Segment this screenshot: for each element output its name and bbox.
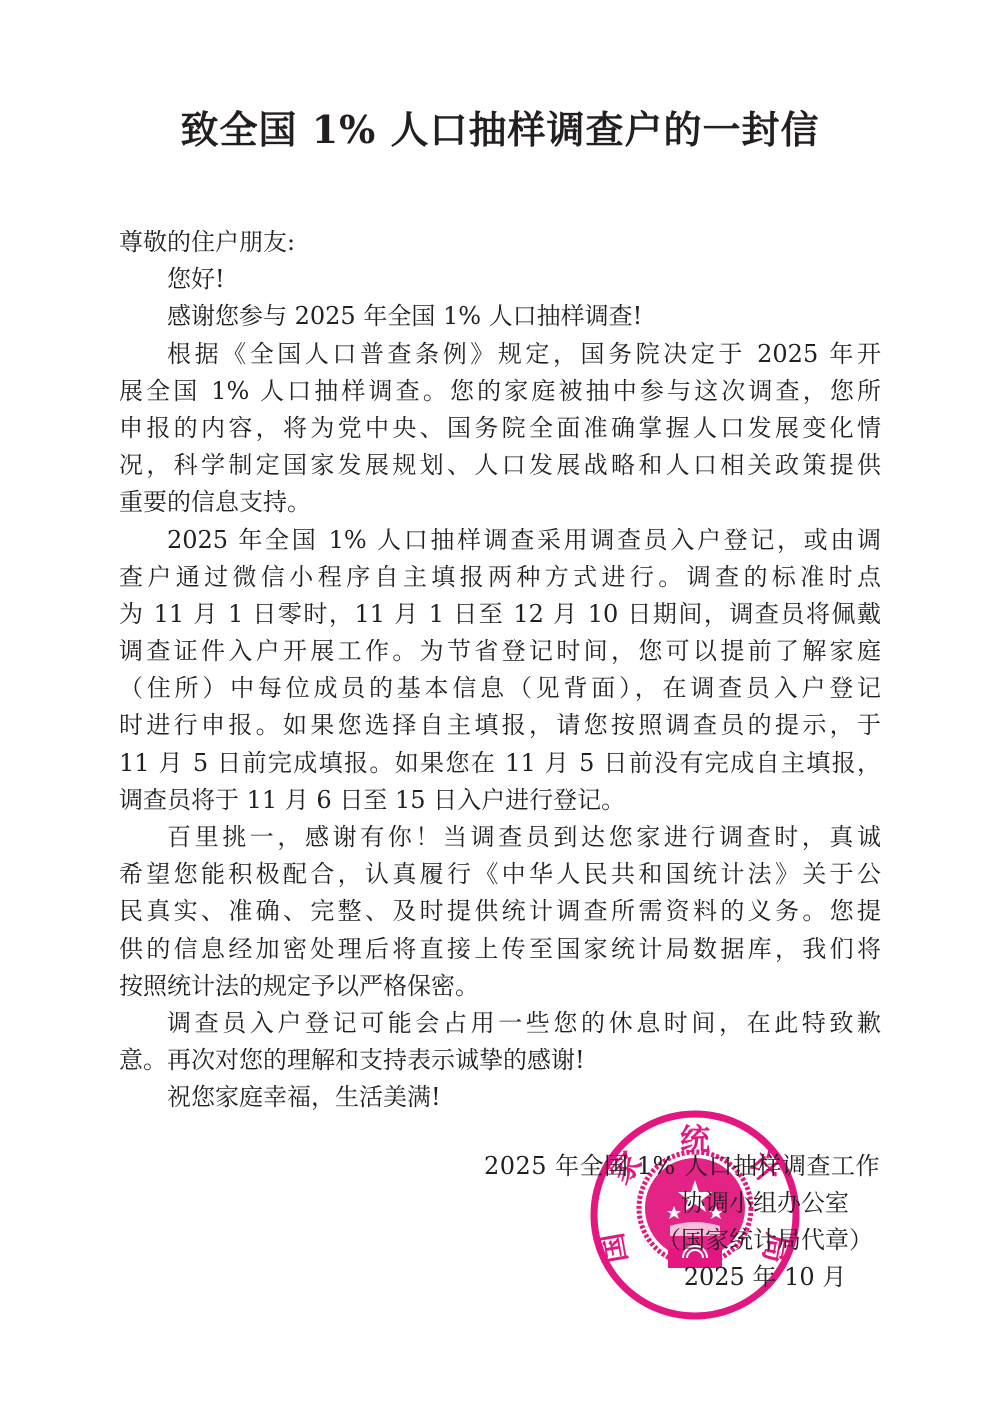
signature-org-line2: 协调小组办公室	[470, 1185, 880, 1222]
paragraph-line: （住所）中每位成员的基本信息（见背面），在调查员入户登记	[119, 670, 881, 707]
paragraph-line: 调查员入户登记可能会占用一些您的休息时间，在此特致歉	[119, 1005, 881, 1042]
paragraph-line: 按照统计法的规定予以严格保密。	[119, 968, 881, 1005]
paragraph-line: 11 月 5 日前完成填报。如果您在 11 月 5 日前没有完成自主填报，	[119, 745, 881, 782]
paragraph-line: 调查证件入户开展工作。为节省登记时间，您可以提前了解家庭	[119, 633, 881, 670]
salutation: 尊敬的住户朋友:	[119, 224, 881, 261]
paragraph-line: 为 11 月 1 日零时，11 月 1 日至 12 月 10 日期间，调查员将佩…	[119, 596, 881, 633]
paragraph-line: 百里挑一，感谢有你！当调查员到达您家进行调查时，真诚	[119, 819, 881, 856]
paragraph-line: 2025 年全国 1% 人口抽样调查采用调查员入户登记，或由调	[119, 522, 881, 559]
letter-title: 致全国 1% 人口抽样调查户的一封信	[0, 104, 1000, 156]
paragraph-line: 希望您能积极配合，认真履行《中华人民共和国统计法》关于公	[119, 856, 881, 893]
paragraph-line: 调查员将于 11 月 6 日至 15 日入户进行登记。	[119, 782, 881, 819]
paragraph-apology: 调查员入户登记可能会占用一些您的休息时间，在此特致歉 意。再次对您的理解和支持表…	[119, 1005, 881, 1079]
paragraph-cooperation: 百里挑一，感谢有你！当调查员到达您家进行调查时，真诚 希望您能积极配合，认真履行…	[119, 819, 881, 1005]
letter-body: 尊敬的住户朋友: 您好! 感谢您参与 2025 年全国 1% 人口抽样调查! 根…	[119, 224, 881, 1117]
paragraph-line: 重要的信息支持。	[119, 484, 881, 521]
paragraph-line: 感谢您参与 2025 年全国 1% 人口抽样调查!	[119, 298, 881, 335]
paragraph-methods: 2025 年全国 1% 人口抽样调查采用调查员入户登记，或由调 查户通过微信小程…	[119, 522, 881, 820]
paragraph-line: 申报的内容，将为党中央、国务院全面准确掌握人口发展变化情	[119, 410, 881, 447]
signature-org-line3: （国家统计局代章）	[470, 1222, 880, 1259]
paragraph-line: 根据《全国人口普查条例》规定，国务院决定于 2025 年开	[119, 336, 881, 373]
paragraph-line: 民真实、准确、完整、及时提供统计调查所需资料的义务。您提	[119, 893, 881, 930]
signature-date: 2025 年 10 月	[470, 1259, 880, 1296]
paragraph-line: 时进行申报。如果您选择自主填报，请您按照调查员的提示，于	[119, 707, 881, 744]
greeting: 您好!	[119, 261, 881, 298]
paragraph-legal-basis: 根据《全国人口普查条例》规定，国务院决定于 2025 年开 展全国 1% 人口抽…	[119, 336, 881, 522]
paragraph-line: 查户通过微信小程序自主填报两种方式进行。调查的标准时点	[119, 559, 881, 596]
paragraph-line: 展全国 1% 人口抽样调查。您的家庭被抽中参与这次调查，您所	[119, 373, 881, 410]
paragraph-thanks: 感谢您参与 2025 年全国 1% 人口抽样调查!	[119, 298, 881, 335]
signature-block: 2025 年全国 1% 人口抽样调查工作 协调小组办公室 （国家统计局代章） 2…	[470, 1148, 880, 1296]
paragraph-line: 供的信息经加密处理后将直接上传至国家统计局数据库，我们将	[119, 931, 881, 968]
paragraph-line: 况，科学制定国家发展规划、人口发展战略和人口相关政策提供	[119, 447, 881, 484]
signature-org-line1: 2025 年全国 1% 人口抽样调查工作	[470, 1148, 880, 1185]
paragraph-line: 意。再次对您的理解和支持表示诚挚的感谢!	[119, 1042, 881, 1079]
